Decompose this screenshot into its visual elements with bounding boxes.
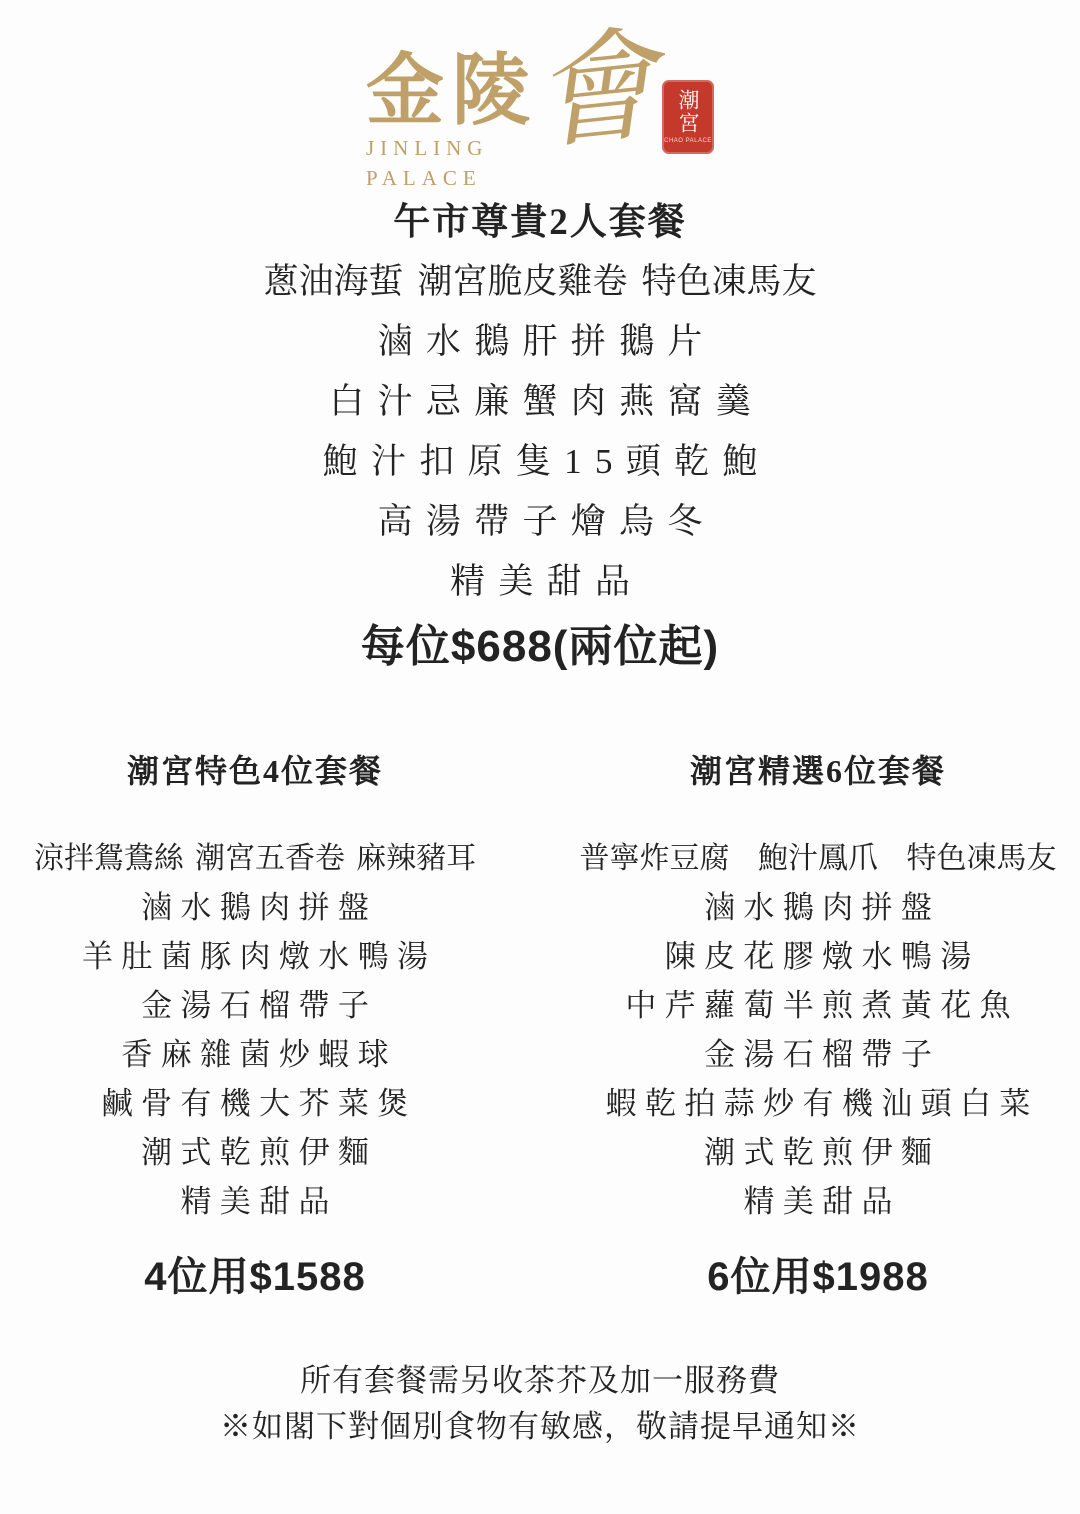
set-menu-6-person: 潮宮精選6位套餐 普寧炸豆腐 鮑汁鳳爪 特色凍馬友 滷水鵝肉拼盤 陳皮花膠燉水鴨… [556,750,1080,1302]
lunch-set-item: 鮑汁扣原隻15頭乾鮑 [0,432,1080,492]
set-menu-4-item: 鹹骨有機大芥菜煲 [0,1079,510,1128]
lunch-set-title: 午市尊貴2人套餐 [0,194,1080,252]
set-menu-4-item: 金湯石榴帶子 [0,981,510,1030]
set-menu-4-price: 4位用$1588 [0,1252,510,1302]
set-menu-6-item: 潮式乾煎伊麵 [556,1128,1080,1177]
brand-script-hui-glyph: 會 [528,28,661,156]
set-menu-6-appetizers: 普寧炸豆腐 鮑汁鳳爪 特色凍馬友 [556,834,1080,883]
set-menu-columns: 潮宮特色4位套餐 涼拌鴛鴦絲 潮宮五香卷 麻辣豬耳 滷水鵝肉拼盤 羊肚菌豚肉燉水… [0,750,1080,1302]
lunch-set-appetizers: 蔥油海蜇 潮宮脆皮雞卷 特色凍馬友 [0,252,1080,312]
lunch-set-item: 精美甜品 [0,552,1080,612]
set-menu-6-item: 蝦乾拍蒜炒有機汕頭白菜 [556,1079,1080,1128]
lunch-set-item: 滷水鵝肝拼鵝片 [0,312,1080,372]
footer-allergy-note: ※如閣下對個別食物有敏感，敬請提早通知※ [0,1404,1080,1450]
set-menu-4-item: 羊肚菌豚肉燉水鴨湯 [0,932,510,981]
set-menu-6-item: 陳皮花膠燉水鴨湯 [556,932,1080,981]
set-menu-6-item: 精美甜品 [556,1177,1080,1226]
set-menu-4-item: 潮式乾煎伊麵 [0,1128,510,1177]
brand-name-english-line2: PALACE [366,166,538,190]
set-menu-4-appetizers: 涼拌鴛鴦絲 潮宮五香卷 麻辣豬耳 [0,834,510,883]
set-menu-6-item: 滷水鵝肉拼盤 [556,883,1080,932]
set-menu-6-item: 金湯石榴帶子 [556,1030,1080,1079]
set-menu-6-title: 潮宮精選6位套餐 [556,750,1080,792]
lunch-set-price: 每位$688(兩位起) [0,612,1080,682]
column-divider-space [510,750,556,1302]
set-menu-4-title: 潮宮特色4位套餐 [0,750,510,792]
lunch-set-item: 高湯帶子燴烏冬 [0,492,1080,552]
footer-service-charge-note: 所有套餐需另收茶芥及加一服務費 [0,1358,1080,1404]
footer-notes: 所有套餐需另收茶芥及加一服務費 ※如閣下對個別食物有敏感，敬請提早通知※ [0,1358,1080,1450]
menu-page: 金陵 JINLING PALACE 會 潮宮 CHAO PALACE 午市尊貴2… [0,0,1080,1514]
set-menu-6-price: 6位用$1988 [556,1252,1080,1302]
set-menu-4-item: 滷水鵝肉拼盤 [0,883,510,932]
chao-palace-seal-icon: 潮宮 CHAO PALACE [662,80,714,154]
set-menu-6-item: 中芹蘿蔔半煎煮黃花魚 [556,981,1080,1030]
seal-chinese-text: 潮宮 [677,89,699,135]
lunch-set-item: 白汁忌廉蟹肉燕窩羹 [0,372,1080,432]
lunch-set-section: 午市尊貴2人套餐 蔥油海蜇 潮宮脆皮雞卷 特色凍馬友 滷水鵝肝拼鵝片 白汁忌廉蟹… [0,194,1080,682]
brand-name-english-line1: JINLING [366,136,538,160]
brand-logo-left: 金陵 JINLING PALACE [366,40,538,190]
set-menu-4-item: 香麻雜菌炒蝦球 [0,1030,510,1079]
brand-name-chinese: 金陵 [366,52,538,130]
set-menu-4-person: 潮宮特色4位套餐 涼拌鴛鴦絲 潮宮五香卷 麻辣豬耳 滷水鵝肉拼盤 羊肚菌豚肉燉水… [0,750,510,1302]
seal-english-text: CHAO PALACE [664,138,712,145]
set-menu-4-item: 精美甜品 [0,1177,510,1226]
brand-logo: 金陵 JINLING PALACE 會 潮宮 CHAO PALACE [0,0,1080,178]
